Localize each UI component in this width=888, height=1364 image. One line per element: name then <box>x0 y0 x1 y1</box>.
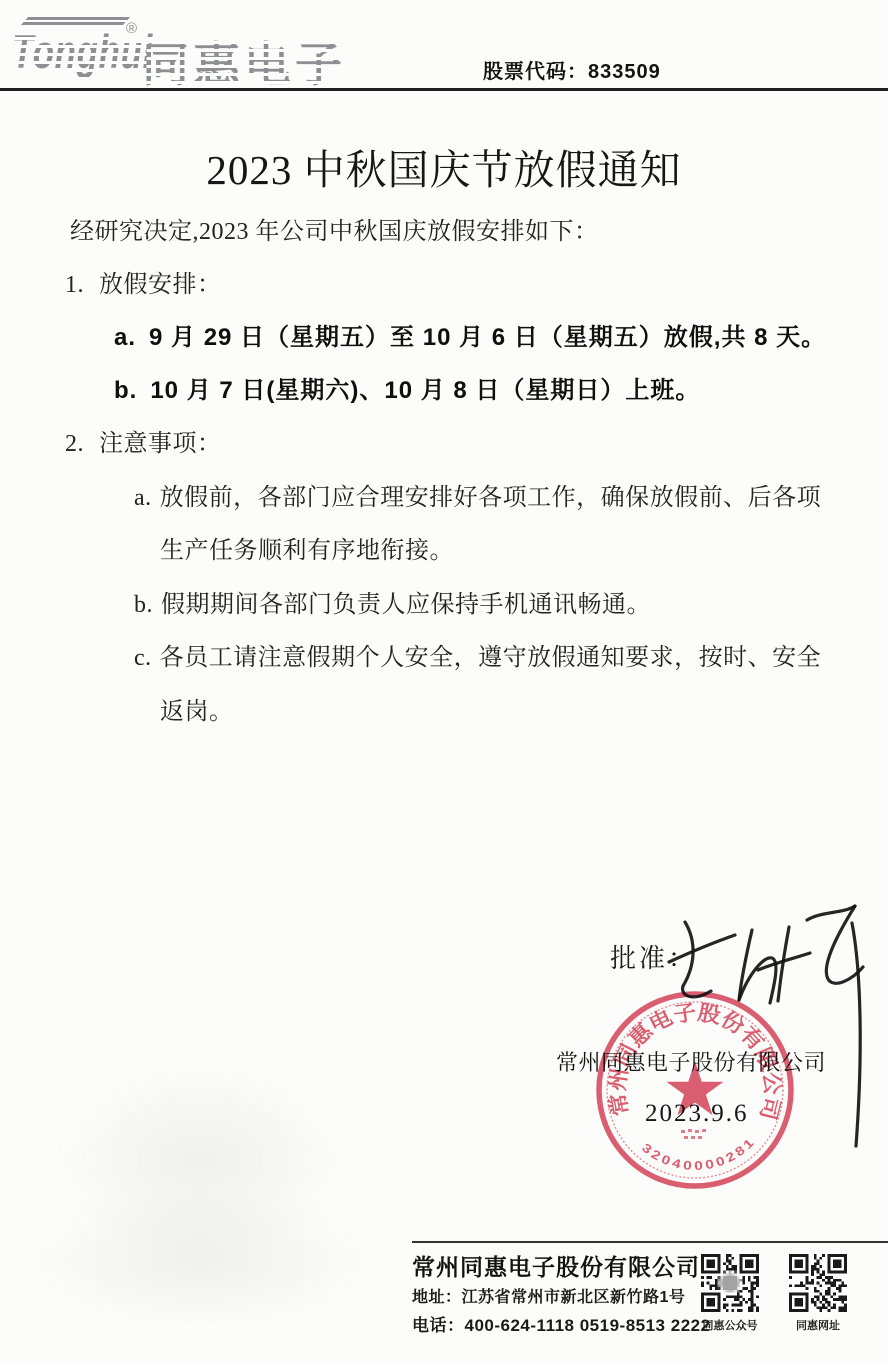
footer-address: 地址：江苏省常州市新北区新竹路1号 <box>412 1284 685 1307</box>
list-text: 放假前，各部门应合理安排好各项工作，确保放假前、后各项 <box>160 485 822 511</box>
list-item-2c-line1: c.各员工请注意假期个人安全，遵守放假通知要求，按时、安全 <box>134 637 821 672</box>
list-number: b. <box>114 377 137 405</box>
qr-code-wechat-image <box>701 1254 759 1312</box>
list-text: 9 月 29 日（星期五）至 10 月 6 日（星期五）放假,共 8 天。 <box>149 324 826 351</box>
list-item-1: 1.放假安排： <box>65 264 222 299</box>
list-item-2c-line2: 返岗。 <box>160 691 234 726</box>
footer-phone: 电话：400-624-1118 0519-8513 2222 <box>412 1311 711 1336</box>
list-text: 假期期间各部门负责人应保持手机通讯畅通。 <box>161 592 651 618</box>
logo-chinese-text: 同惠电子 <box>142 28 346 95</box>
paper-bleed-artifact <box>20 1190 380 1330</box>
list-number: a. <box>114 324 136 352</box>
list-item-2: 2.注意事项： <box>65 423 222 458</box>
qr-label-wechat: 同惠公众号 <box>699 1317 761 1333</box>
list-item-1b: b.10 月 7 日(星期六)、10 月 8 日（星期日）上班。 <box>114 370 700 405</box>
qr-label-website: 同惠网址 <box>787 1317 849 1333</box>
list-number: 2. <box>65 431 84 458</box>
list-text: 各员工请注意假期个人安全，遵守放假通知要求，按时、安全 <box>160 645 822 671</box>
header-divider <box>0 88 888 91</box>
stock-code-label: 股票代码：833509 <box>483 55 661 84</box>
paper-bleed-artifact <box>50 1060 350 1260</box>
intro-paragraph: 经研究决定,2023 年公司中秋国庆放假安排如下： <box>70 211 599 246</box>
list-number: c. <box>134 645 152 672</box>
footer-company-name: 常州同惠电子股份有限公司 <box>412 1249 700 1282</box>
list-text: 10 月 7 日(星期六)、10 月 8 日（星期日）上班。 <box>150 377 700 404</box>
list-item-1a: a.9 月 29 日（星期五）至 10 月 6 日（星期五）放假,共 8 天。 <box>114 317 826 352</box>
registered-trademark-icon: ® <box>126 20 137 37</box>
list-number: b. <box>134 592 153 619</box>
list-item-2a-line1: a.放假前，各部门应合理安排好各项工作，确保放假前、后各项 <box>134 477 821 512</box>
qr-code-wechat: 同惠公众号 <box>699 1254 761 1333</box>
list-item-2b: b.假期期间各部门负责人应保持手机通讯畅通。 <box>134 584 651 619</box>
document-page: Tonghui ® 同惠电子 股票代码：833509 2023 中秋国庆节放假通… <box>0 0 888 1364</box>
list-item-2a-line2: 生产任务顺利有序地衔接。 <box>160 530 454 565</box>
page-title: 2023 中秋国庆节放假通知 <box>0 137 888 196</box>
list-label: 放假安排： <box>99 272 222 298</box>
handwritten-signature <box>655 890 880 1165</box>
list-number: a. <box>134 485 152 512</box>
list-label: 注意事项： <box>99 431 222 457</box>
list-number: 1. <box>65 272 84 299</box>
qr-code-website: 同惠网址 <box>787 1254 849 1333</box>
qr-code-website-image <box>789 1254 847 1312</box>
footer-divider <box>412 1241 888 1243</box>
